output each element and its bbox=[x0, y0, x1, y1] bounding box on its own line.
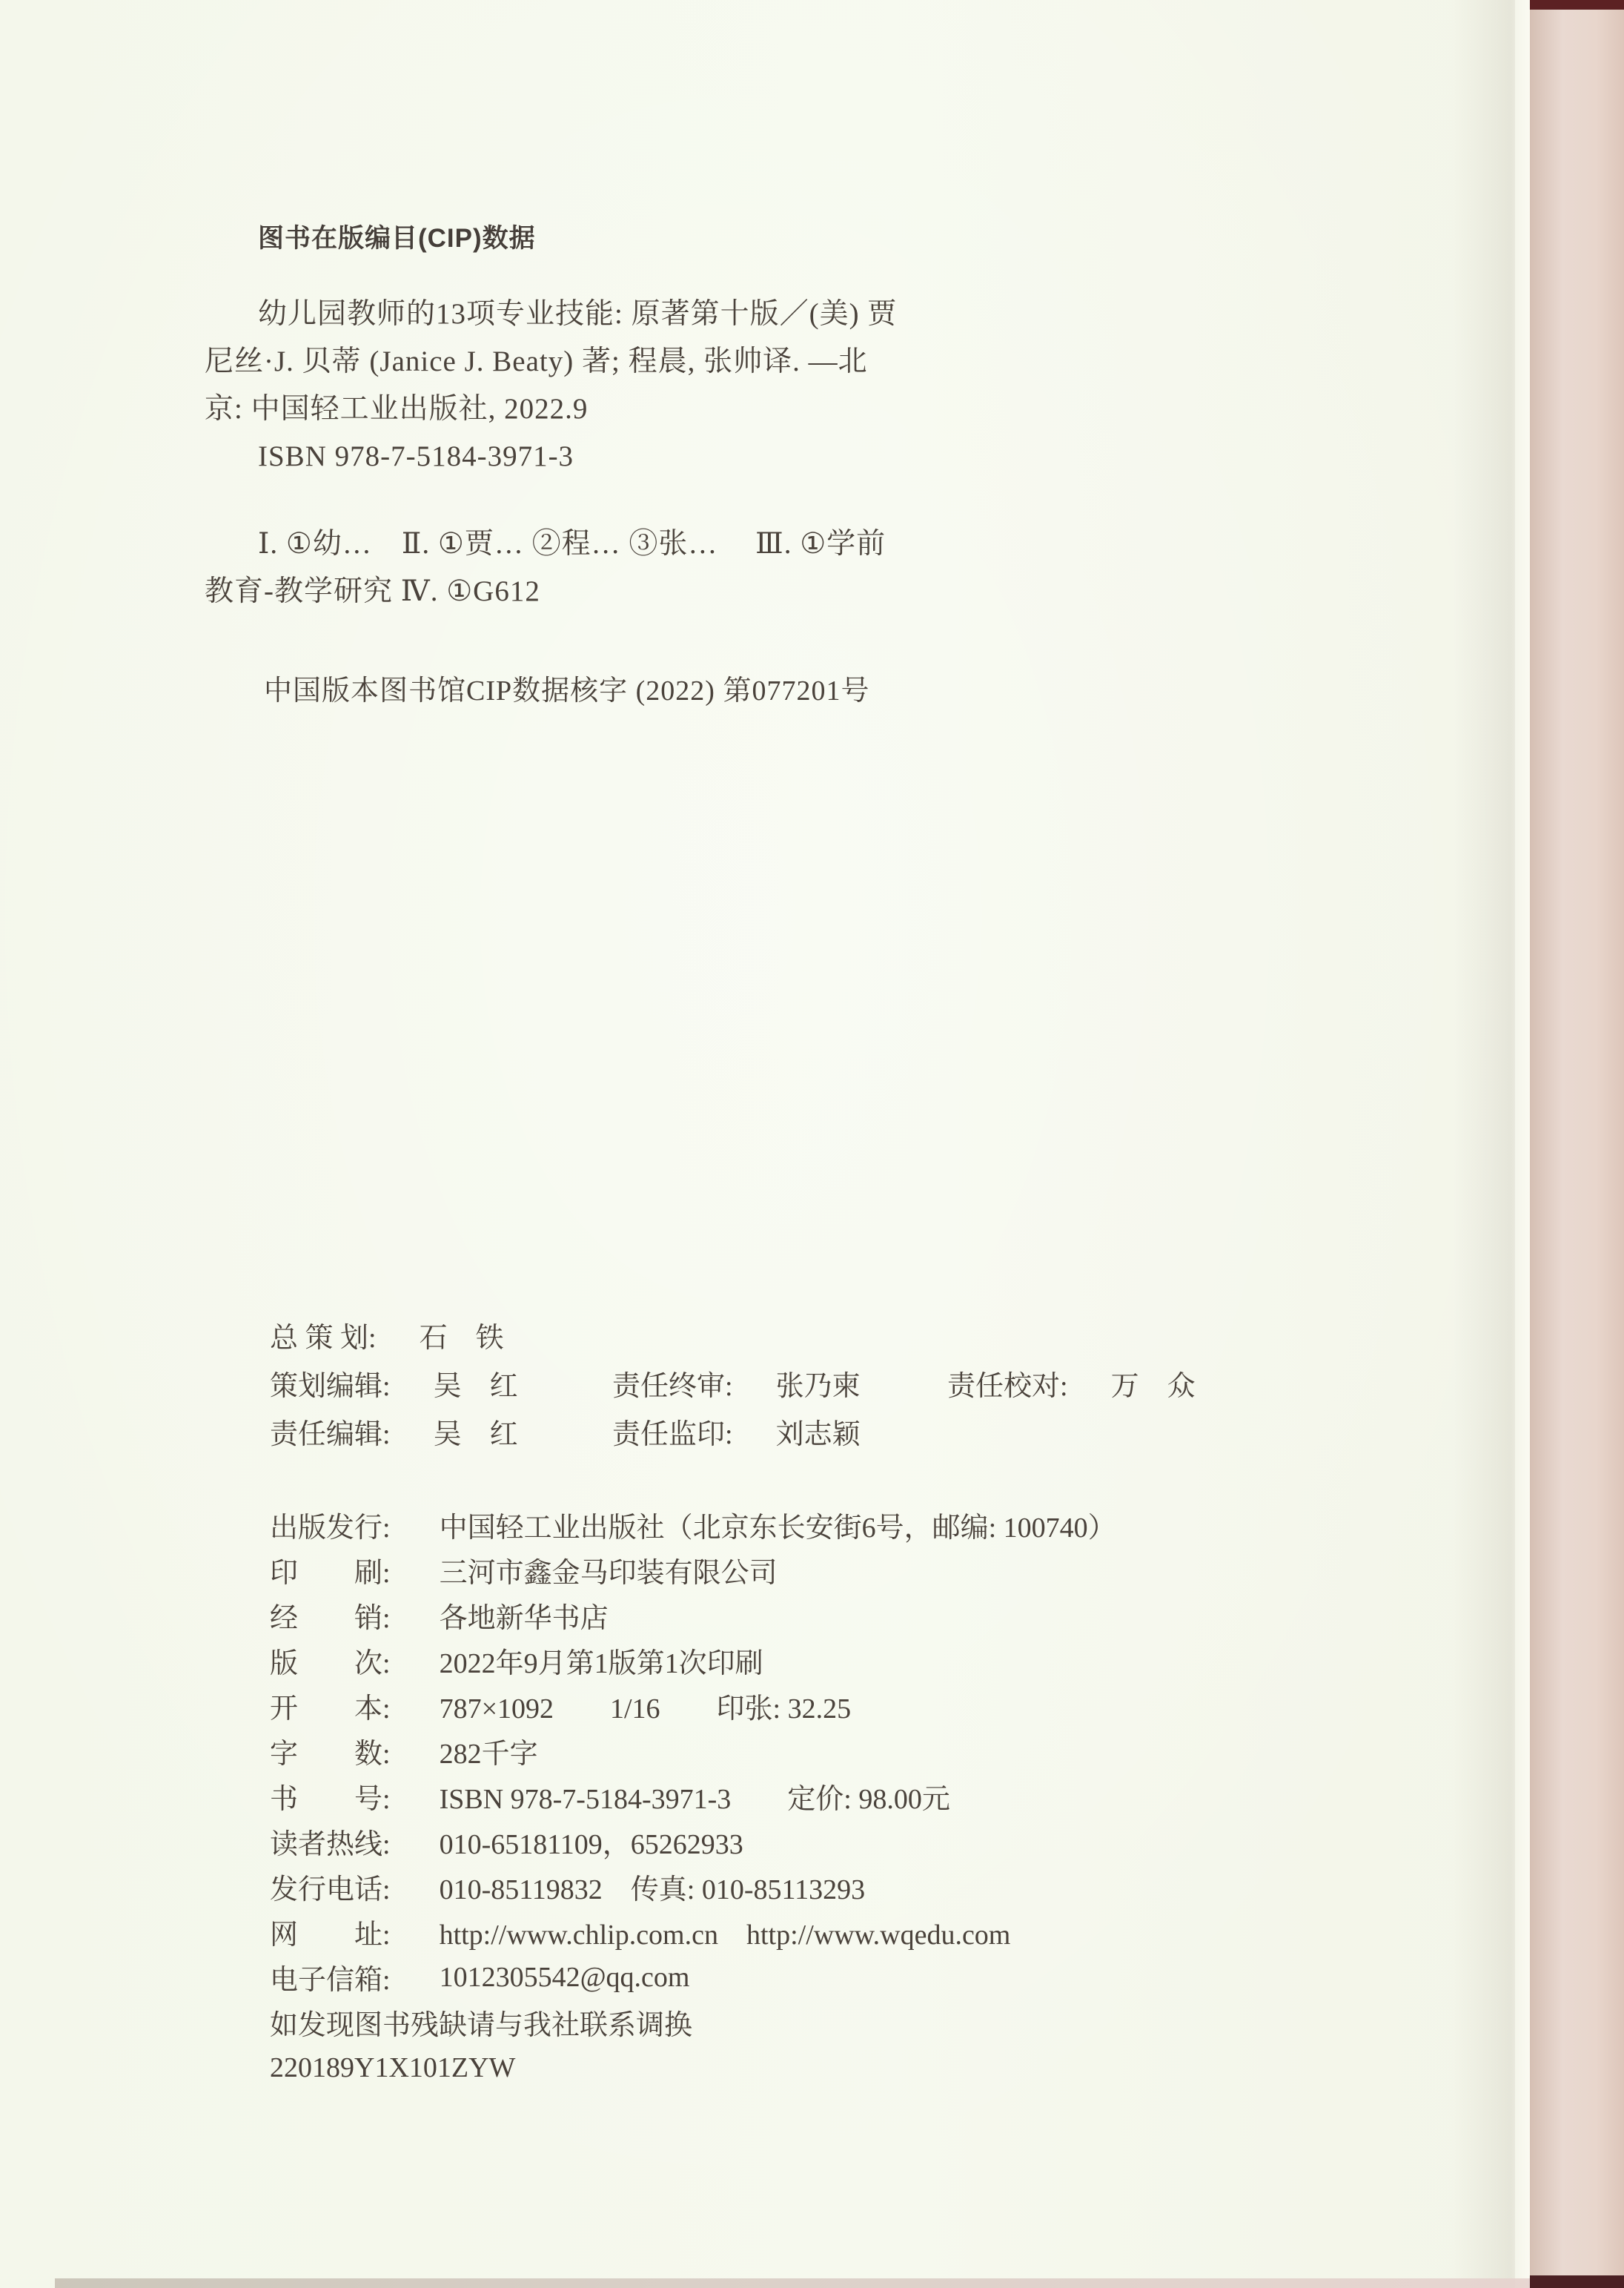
staff-person-name: 石 铁 bbox=[420, 1323, 504, 1354]
colophon-row: 书 号:ISBN 978-7-5184-3971-3 定价: 98.00元 bbox=[270, 1773, 1116, 1819]
classification-line: Ⅰ. ①幼… Ⅱ. ①贾… ②程… ③张… Ⅲ. ①学前 bbox=[205, 520, 886, 568]
staff-cell: 策划编辑:吴 红 bbox=[270, 1363, 612, 1403]
staff-cell: 总 策 划:石 铁 bbox=[270, 1315, 612, 1355]
colophon-value: 2022年9月第1版第1次印刷 bbox=[440, 1640, 763, 1681]
colophon-row: 读者热线:010-65181109，65262933 bbox=[270, 1819, 1116, 1864]
colophon-label: 电子信箱: bbox=[270, 1957, 391, 1997]
colophon-row: 网 址:http://www.chlip.com.cn http://www.w… bbox=[270, 1909, 1116, 1954]
colophon-value: 各地新华书店 bbox=[440, 1595, 609, 1636]
staff-cell: 责任校对:万 众 bbox=[947, 1363, 1196, 1403]
colophon-label: 印 刷: bbox=[270, 1550, 391, 1590]
staff-cell: 责任监印:刘志颖 bbox=[612, 1411, 947, 1452]
staff-cell: 责任编辑:吴 红 bbox=[270, 1411, 612, 1452]
colophon-label: 读者热线: bbox=[270, 1821, 391, 1862]
colophon-row: 出版发行:中国轻工业出版社（北京东长安街6号，邮编: 100740） bbox=[270, 1502, 1116, 1547]
cip-record-block: 幼儿园教师的13项专业技能: 原著第十版／(美) 贾 尼丝·J. 贝蒂 (Jan… bbox=[205, 291, 897, 480]
colophon-row: 字 数:282千字 bbox=[270, 1728, 1116, 1773]
colophon-value: 282千字 bbox=[440, 1730, 538, 1771]
colophon-value: 010-85119832 传真: 010-85113293 bbox=[440, 1866, 866, 1907]
colophon-row: 电子信箱:1012305542@qq.com bbox=[270, 1954, 1116, 2000]
damaged-book-notice: 如发现图书残缺请与我社联系调换 bbox=[270, 2000, 1116, 2045]
colophon-label: 出版发行: bbox=[270, 1504, 391, 1545]
cip-classification-block: Ⅰ. ①幼… Ⅱ. ①贾… ②程… ③张… Ⅲ. ①学前 教育-教学研究 Ⅳ. … bbox=[205, 520, 886, 615]
staff-person-name: 万 众 bbox=[1111, 1371, 1196, 1402]
staff-cell: 责任终审:张乃柬 bbox=[612, 1363, 947, 1403]
colophon-label: 经 销: bbox=[270, 1595, 391, 1636]
staff-role-label: 责任校对: bbox=[947, 1371, 1068, 1402]
page-gutter-shadow bbox=[1453, 0, 1515, 2288]
colophon-row: 经 销:各地新华书店 bbox=[270, 1593, 1116, 1638]
cip-line: 京: 中国轻工业出版社, 2022.9 bbox=[205, 386, 897, 433]
colophon-row: 发行电话:010-85119832 传真: 010-85113293 bbox=[270, 1864, 1116, 1909]
colophon-label: 网 址: bbox=[270, 1911, 391, 1952]
colophon-label: 版 次: bbox=[270, 1640, 391, 1681]
staff-role-label: 责任编辑: bbox=[270, 1419, 391, 1450]
staff-person-name: 吴 红 bbox=[434, 1371, 518, 1402]
staff-role-label: 总 策 划: bbox=[270, 1323, 377, 1354]
colophon-value: 三河市鑫金马印装有限公司 bbox=[440, 1550, 778, 1590]
colophon-row: 印 刷:三河市鑫金马印装有限公司 bbox=[270, 1547, 1116, 1593]
page-edge-highlight bbox=[1511, 0, 1530, 2288]
print-code: 220189Y1X101ZYW bbox=[270, 2045, 1116, 2090]
staff-row: 策划编辑:吴 红 责任终审:张乃柬 责任校对:万 众 bbox=[270, 1359, 1196, 1407]
book-colophon-page: 图书在版编目(CIP)数据 幼儿园教师的13项专业技能: 原著第十版／(美) 贾… bbox=[0, 0, 1624, 2288]
colophon-value: 010-65181109，65262933 bbox=[440, 1821, 743, 1862]
staff-row: 责任编辑:吴 红 责任监印:刘志颖 bbox=[270, 1407, 1196, 1455]
classification-line: 教育-教学研究 Ⅳ. ①G612 bbox=[205, 568, 886, 615]
staff-person-name: 吴 红 bbox=[434, 1419, 518, 1450]
cip-line: 尼丝·J. 贝蒂 (Janice J. Beaty) 著; 程晨, 张帅译. —… bbox=[205, 338, 897, 386]
colophon-value: 787×1092 1/16 印张: 32.25 bbox=[440, 1685, 852, 1726]
page-bottom-edge bbox=[55, 2278, 1530, 2288]
colophon-label: 书 号: bbox=[270, 1776, 391, 1816]
staff-role-label: 策划编辑: bbox=[270, 1371, 391, 1402]
colophon-value: ISBN 978-7-5184-3971-3 定价: 98.00元 bbox=[440, 1776, 950, 1816]
colophon-value: http://www.chlip.com.cn http://www.wqedu… bbox=[440, 1911, 1011, 1952]
colophon-row: 开 本:787×1092 1/16 印张: 32.25 bbox=[270, 1683, 1116, 1728]
colophon-label: 发行电话: bbox=[270, 1866, 391, 1907]
cip-line: 幼儿园教师的13项专业技能: 原著第十版／(美) 贾 bbox=[205, 291, 897, 338]
adjacent-page-edge-band bbox=[1530, 0, 1624, 2288]
staff-role-label: 责任终审: bbox=[612, 1371, 733, 1402]
staff-credits: 总 策 划:石 铁 策划编辑:吴 红 责任终审:张乃柬 责任校对:万 众 责任编… bbox=[270, 1311, 1196, 1455]
staff-role-label: 责任监印: bbox=[612, 1419, 733, 1450]
cip-isbn-line: ISBN 978-7-5184-3971-3 bbox=[205, 433, 897, 480]
colophon-value: 1012305542@qq.com bbox=[440, 1961, 690, 1994]
book-cover-edge-bottom bbox=[1530, 2275, 1624, 2288]
colophon-row: 版 次:2022年9月第1版第1次印刷 bbox=[270, 1638, 1116, 1683]
staff-person-name: 刘志颖 bbox=[776, 1419, 861, 1450]
cip-title: 图书在版编目(CIP)数据 bbox=[258, 219, 536, 258]
colophon-label: 开 本: bbox=[270, 1685, 391, 1726]
book-cover-edge-top bbox=[1530, 0, 1624, 10]
staff-row: 总 策 划:石 铁 bbox=[270, 1311, 1196, 1359]
colophon-label: 字 数: bbox=[270, 1730, 391, 1771]
colophon-value: 中国轻工业出版社（北京东长安街6号，邮编: 100740） bbox=[440, 1504, 1116, 1545]
publication-info-block: 出版发行:中国轻工业出版社（北京东长安街6号，邮编: 100740） 印 刷:三… bbox=[270, 1502, 1116, 2090]
cip-record-number: 中国版本图书馆CIP数据核字 (2022) 第077201号 bbox=[264, 669, 869, 713]
staff-person-name: 张乃柬 bbox=[776, 1371, 861, 1402]
